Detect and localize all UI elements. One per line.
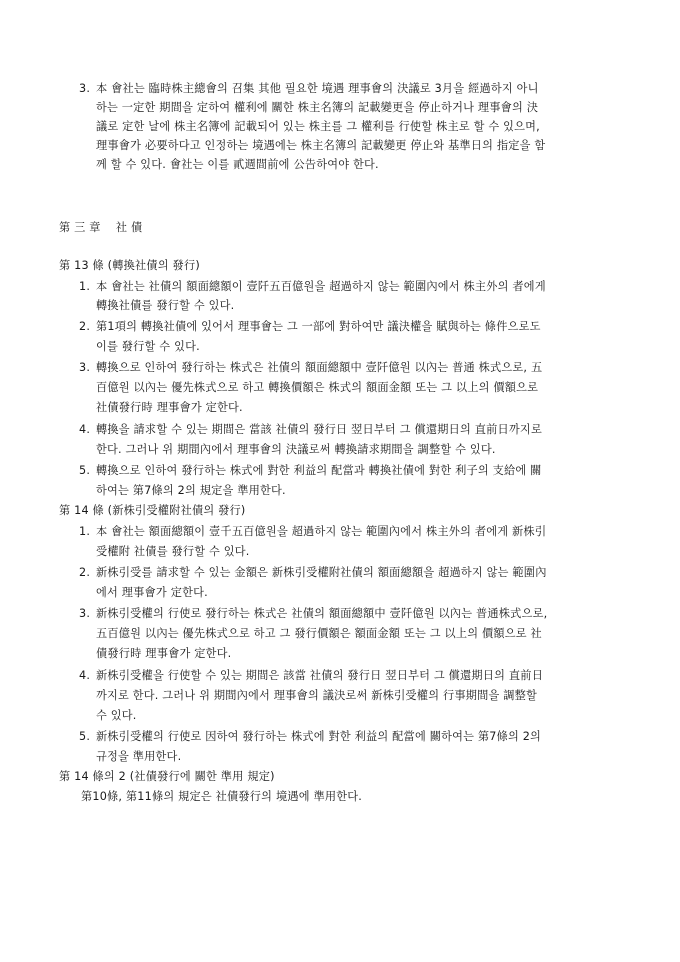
item-number: 5. (79, 730, 96, 744)
item-text: 本 會社는 社債의 額面總額이 壹阡五百億원을 超過하지 않는 範圍內에서 株主… (96, 280, 546, 293)
item-continuation: 규정을 準用한다. (96, 750, 181, 764)
item-number: 3. (79, 361, 96, 375)
list-item: 5.新株引受權의 行使로 因하여 發行하는 株式에 對한 利益의 配當에 關하여… (79, 730, 541, 744)
clause-number: 3. (79, 82, 96, 96)
item-text: 新株引受權의 行使로 因하여 發行하는 株式에 對한 利益의 配當에 關하여는 … (96, 730, 541, 743)
item-text: 新株引受를 請求할 수 있는 金額은 新株引受權附社債의 額面總額을 超過하지 … (96, 566, 547, 579)
item-continuation: 하여는 第7條의 2의 規定을 準用한다. (96, 484, 286, 498)
item-text: 第1項의 轉換社債에 있어서 理事會는 그 一部에 對하여만 議決權을 賦與하는… (96, 320, 541, 333)
item-continuation: 에서 理事會가 定한다. (96, 586, 208, 600)
list-item: 1.本 會社는 社債의 額面總額이 壹阡五百億원을 超過하지 않는 範圍內에서 … (79, 280, 546, 294)
clause-line: 하는 一定한 期間을 定하여 權利에 關한 株主名簿의 記載變更을 停止하거나 … (96, 101, 538, 115)
item-text: 新株引受權을 行使할 수 있는 期間은 該當 社債의 發行日 翌日부터 그 償還… (96, 669, 543, 682)
item-continuation: 轉換社債를 發行할 수 있다. (96, 299, 234, 313)
clause-text: 本 會社는 臨時株主總會의 召集 其他 필요한 境遇 理事會의 決議로 3月을 … (96, 82, 539, 95)
list-item: 2.第1項의 轉換社債에 있어서 理事會는 그 一部에 對하여만 議決權을 賦與… (79, 320, 541, 334)
item-text: 新株引受權의 行使로 發行하는 株式은 社債의 額面總額中 壹阡億원 以內는 普… (96, 607, 547, 620)
item-continuation: 受權附 社債를 發行할 수 있다. (96, 545, 250, 559)
item-continuation: 社債發行時 理事會가 定한다. (96, 401, 243, 415)
clause-line: 理事會가 必要하다고 인정하는 境遇에는 株主名簿의 記載變更 停止와 基準日의… (96, 139, 545, 153)
clause-line: 께 할 수 있다. 會社는 이를 貳週間前에 公告하여야 한다. (96, 158, 379, 172)
item-continuation: 五百億원 以內는 優先株式으로 하고 그 發行價額은 額面金額 또는 그 以上의… (96, 627, 542, 641)
list-item: 4.新株引受權을 行使할 수 있는 期間은 該當 社債의 發行日 翌日부터 그 … (79, 669, 543, 683)
item-number: 2. (79, 566, 96, 580)
item-continuation: 百億원 以內는 優先株式으로 하고 轉換價額은 株式의 額面金額 또는 그 以上… (96, 381, 538, 395)
article-13-heading: 第 13 條 (轉換社債의 發行) (59, 259, 200, 273)
document-page: 3.本 會社는 臨時株主總會의 召集 其他 필요한 境遇 理事會의 決議로 3月… (0, 0, 680, 962)
list-item: 3.轉換으로 인하여 發行하는 株式은 社債의 額面總額中 壹阡億원 以內는 普… (79, 361, 542, 375)
list-item: 3.新株引受權의 行使로 發行하는 株式은 社債의 額面總額中 壹阡億원 以內는… (79, 607, 547, 621)
item-number: 1. (79, 280, 96, 294)
article-14-2-heading: 第 14 條의 2 (社債發行에 關한 準用 規定) (59, 770, 275, 784)
item-number: 3. (79, 607, 96, 621)
list-item: 2.新株引受를 請求할 수 있는 金額은 新株引受權附社債의 額面總額을 超過하… (79, 566, 547, 580)
item-text: 轉換을 請求할 수 있는 期間은 當該 社債의 發行日 翌日부터 그 償還期日의… (96, 423, 542, 436)
article-14-heading: 第 14 條 (新株引受權附社債의 發行) (59, 504, 245, 518)
item-continuation: 한다. 그러나 위 期間內에서 理事會의 決議로써 轉換請求期間을 調整할 수 … (96, 443, 496, 457)
item-number: 5. (79, 464, 96, 478)
article-14-2-body: 第10條, 第11條의 規定은 社債發行의 境遇에 準用한다. (81, 790, 362, 804)
item-number: 2. (79, 320, 96, 334)
clause-line: 議로 定한 날에 株主名簿에 記載되어 있는 株主를 그 權利를 行使할 株主로… (96, 120, 540, 134)
item-continuation: 수 있다. (96, 709, 137, 723)
item-continuation: 債發行時 理事會가 定한다. (96, 647, 231, 661)
item-number: 1. (79, 525, 96, 539)
item-text: 轉換으로 인하여 發行하는 株式은 社債의 額面總額中 壹阡億원 以內는 普通 … (96, 361, 542, 374)
item-text: 轉換으로 인하여 發行하는 株式에 對한 利益의 配當과 轉換社債에 對한 利子… (96, 464, 542, 477)
clause-line: 3.本 會社는 臨時株主總會의 召集 其他 필요한 境遇 理事會의 決議로 3月… (79, 82, 539, 96)
item-number: 4. (79, 423, 96, 437)
item-text: 本 會社는 額面總額이 壹千五百億원을 超過하지 않는 範圍內에서 株主外의 者… (96, 525, 546, 538)
list-item: 1.本 會社는 額面總額이 壹千五百億원을 超過하지 않는 範圍內에서 株主外의… (79, 525, 546, 539)
chapter-heading: 第 三 章 社 債 (59, 221, 142, 235)
list-item: 5.轉換으로 인하여 發行하는 株式에 對한 利益의 配當과 轉換社債에 對한 … (79, 464, 542, 478)
item-number: 4. (79, 669, 96, 683)
list-item: 4.轉換을 請求할 수 있는 期間은 當該 社債의 發行日 翌日부터 그 償還期… (79, 423, 542, 437)
item-continuation: 이를 發行할 수 있다. (96, 340, 200, 354)
item-continuation: 까지로 한다. 그러나 위 期間內에서 理事會의 議決로써 新株引受權의 行事期… (96, 689, 537, 703)
